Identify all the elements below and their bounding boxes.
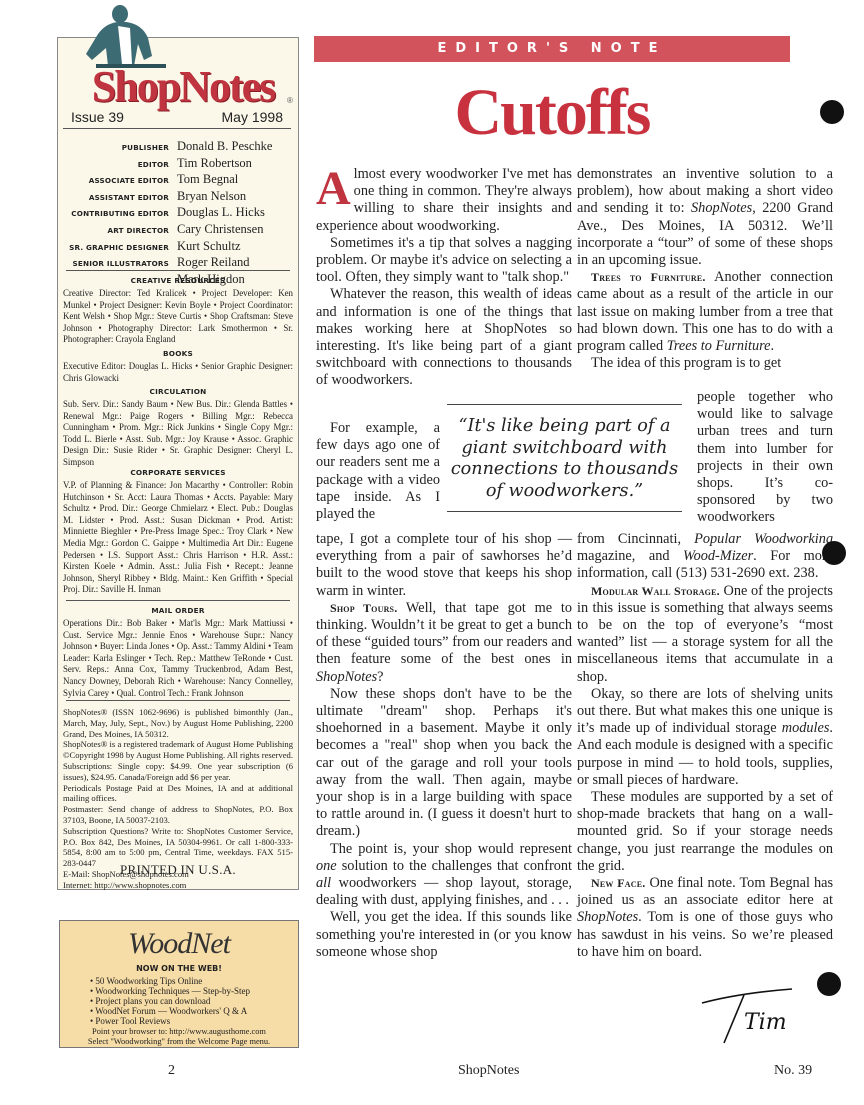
staff-name: Cary Christensen <box>177 222 263 239</box>
staff-name: Kurt Schultz <box>177 239 241 256</box>
paragraph: Almost every woodworker I've met has one… <box>316 166 572 235</box>
staff-role: Editor <box>60 156 177 173</box>
dept-corporate-services: CORPORATE SERVICES V.P. of Planning & Fi… <box>63 468 293 596</box>
staff-role: Art Director <box>60 222 177 239</box>
woodnet-ad: WoodNet NOW ON THE WEB! 50 Woodworking T… <box>59 920 299 1048</box>
paragraph: The point is, your shop would represent … <box>316 841 572 910</box>
staff-name: Tim Robertson <box>177 156 252 173</box>
staff-name: Bryan Nelson <box>177 189 246 206</box>
dept-mail-order: MAIL ORDER Operations Dir.: Bob Baker • … <box>63 606 293 699</box>
divider <box>66 700 290 701</box>
staff-row: Contributing EditorDouglas L. Hicks <box>60 205 296 222</box>
dept-circulation: CIRCULATION Sub. Serv. Dir.: Sandy Baum … <box>63 387 293 469</box>
staff-row: Art DirectorCary Christensen <box>60 222 296 239</box>
woodnet-features: 50 Woodworking Tips Online Woodworking T… <box>90 976 250 1026</box>
woodnet-footer: Point your browser to: http://www.august… <box>60 1027 298 1046</box>
registered-mark: ® <box>287 96 293 105</box>
paragraph: The idea of this program is to get <box>577 355 833 372</box>
pubinfo-line: ShopNotes® (ISSN 1062-9696) is published… <box>63 707 293 739</box>
dept-text: Operations Dir.: Bob Baker • Mat'ls Mgr.… <box>63 618 293 699</box>
woodnet-instructions: Select "Woodworking" from the Welcome Pa… <box>60 1037 298 1047</box>
article-column-2: demonstrates an inventive solution to a … <box>577 166 833 372</box>
article-column-1-narrow: For example, a few days ago one of our r… <box>316 420 440 523</box>
footer-magazine-name: ShopNotes <box>458 1063 519 1079</box>
internet-line[interactable]: Internet: http://www.shopnotes.com <box>63 880 293 891</box>
article-column-2-narrow: people together who would like to salvag… <box>697 389 833 527</box>
footer-issue-number: No. 39 <box>774 1063 812 1079</box>
paragraph: demonstrates an inventive solution to a … <box>577 166 833 269</box>
paragraph: from Cincinnati, Popular Woodworking mag… <box>577 531 833 583</box>
dept-text: V.P. of Planning & Finance: Jon Macarthy… <box>63 480 293 596</box>
article-column-1: Almost every woodworker I've met has one… <box>316 166 572 390</box>
staff-row: Assistant EditorBryan Nelson <box>60 189 296 206</box>
dept-text: Executive Editor: Douglas L. Hicks • Sen… <box>63 361 293 384</box>
staff-row: Associate EditorTom Begnal <box>60 172 296 189</box>
drop-cap: A <box>316 170 351 208</box>
section-banner: EDITOR'S NOTE <box>314 36 790 62</box>
binder-hole <box>820 100 844 124</box>
staff-role: Associate Editor <box>60 172 177 189</box>
paragraph: Modular Wall Storage. One of the project… <box>577 583 833 686</box>
staff-name: Tom Begnal <box>177 172 238 189</box>
dept-heading: CIRCULATION <box>63 387 293 396</box>
staff-role: Assistant Editor <box>60 189 177 206</box>
woodnet-logo: WoodNet <box>60 927 298 961</box>
paragraph: For example, a few days ago one of our r… <box>316 420 440 523</box>
dept-heading: BOOKS <box>63 349 293 358</box>
shopnotes-logo: ShopNotes <box>63 62 303 112</box>
divider <box>66 600 290 601</box>
woodnet-feature: Power Tool Reviews <box>90 1016 250 1026</box>
woodnet-feature: Project plans you can download <box>90 996 250 1006</box>
dept-text: Sub. Serv. Dir.: Sandy Baum • New Bus. D… <box>63 399 293 469</box>
dept-heading: MAIL ORDER <box>63 606 293 615</box>
issue-date: May 1998 <box>222 109 283 125</box>
staff-row: Sr. Graphic DesignerKurt Schultz <box>60 239 296 256</box>
staff-role: Contributing Editor <box>60 205 177 222</box>
paragraph: New Face. One final note. Tom Begnal has… <box>577 875 833 961</box>
binder-hole <box>817 972 841 996</box>
woodnet-feature: 50 Woodworking Tips Online <box>90 976 250 986</box>
paragraph: tape, I got a complete tour of his shop … <box>316 531 572 600</box>
svg-text:Tim: Tim <box>744 1010 787 1035</box>
article-title: Cutoffs <box>314 74 790 152</box>
staff-role: Publisher <box>60 139 177 156</box>
staff-row: EditorTim Robertson <box>60 156 296 173</box>
article-column-1-lower: tape, I got a complete tour of his shop … <box>316 531 572 961</box>
woodnet-heading: NOW ON THE WEB! <box>60 964 298 973</box>
paragraph: These modules are supported by a set of … <box>577 789 833 875</box>
article-column-2-lower: from Cincinnati, Popular Woodworking mag… <box>577 531 833 961</box>
paragraph: Sometimes it's a tip that solves a naggi… <box>316 235 572 287</box>
pubinfo-line: Periodicals Postage Paid at Des Moines, … <box>63 783 293 805</box>
pubinfo-line: Postmaster: Send change of address to Sh… <box>63 804 293 826</box>
printed-in-usa: PRINTED IN U.S.A. <box>60 862 296 878</box>
staff-role: Sr. Graphic Designer <box>60 239 177 256</box>
paragraph: Trees to Furniture. Another connection c… <box>577 269 833 355</box>
pubinfo-line: ShopNotes® is a registered trademark of … <box>63 739 293 761</box>
woodnet-url-line[interactable]: Point your browser to: http://www.august… <box>60 1027 298 1037</box>
dept-heading: CORPORATE SERVICES <box>63 468 293 477</box>
page-number: 2 <box>168 1063 175 1079</box>
paragraph: Well, you get the idea. If this sounds l… <box>316 909 572 961</box>
dept-books: BOOKS Executive Editor: Douglas L. Hicks… <box>63 349 293 384</box>
editor-signature: Tim <box>700 985 800 1045</box>
binder-hole <box>822 541 846 565</box>
staff-list: PublisherDonald B. Peschke EditorTim Rob… <box>60 139 296 286</box>
divider <box>66 270 290 271</box>
staff-name: Douglas L. Hicks <box>177 205 265 222</box>
dept-heading: CREATIVE RESOURCES <box>63 276 293 285</box>
paragraph: Okay, so there are lots of shelving unit… <box>577 686 833 789</box>
paragraph: Now these shops don't have to be the ult… <box>316 686 572 841</box>
dept-creative-resources: CREATIVE RESOURCES Creative Director: Te… <box>63 276 293 346</box>
woodnet-feature: Woodworking Techniques — Step-by-Step <box>90 986 250 996</box>
paragraph: Whatever the reason, this wealth of idea… <box>316 286 572 389</box>
woodnet-feature: WoodNet Forum — Woodworkers' Q & A <box>90 1006 250 1016</box>
staff-row: PublisherDonald B. Peschke <box>60 139 296 156</box>
paragraph: people together who would like to salvag… <box>697 389 833 527</box>
issue-number: Issue 39 <box>71 109 124 125</box>
pull-quote: “It's like being part of a giant switchb… <box>447 404 682 512</box>
issue-line: Issue 39 May 1998 <box>63 109 291 129</box>
staff-name: Donald B. Peschke <box>177 139 272 156</box>
pubinfo-line: Subscriptions: Single copy: $4.99. One y… <box>63 761 293 783</box>
dept-text: Creative Director: Ted Kralicek • Projec… <box>63 288 293 346</box>
paragraph: Shop Tours. Well, that tape got me to th… <box>316 600 572 686</box>
